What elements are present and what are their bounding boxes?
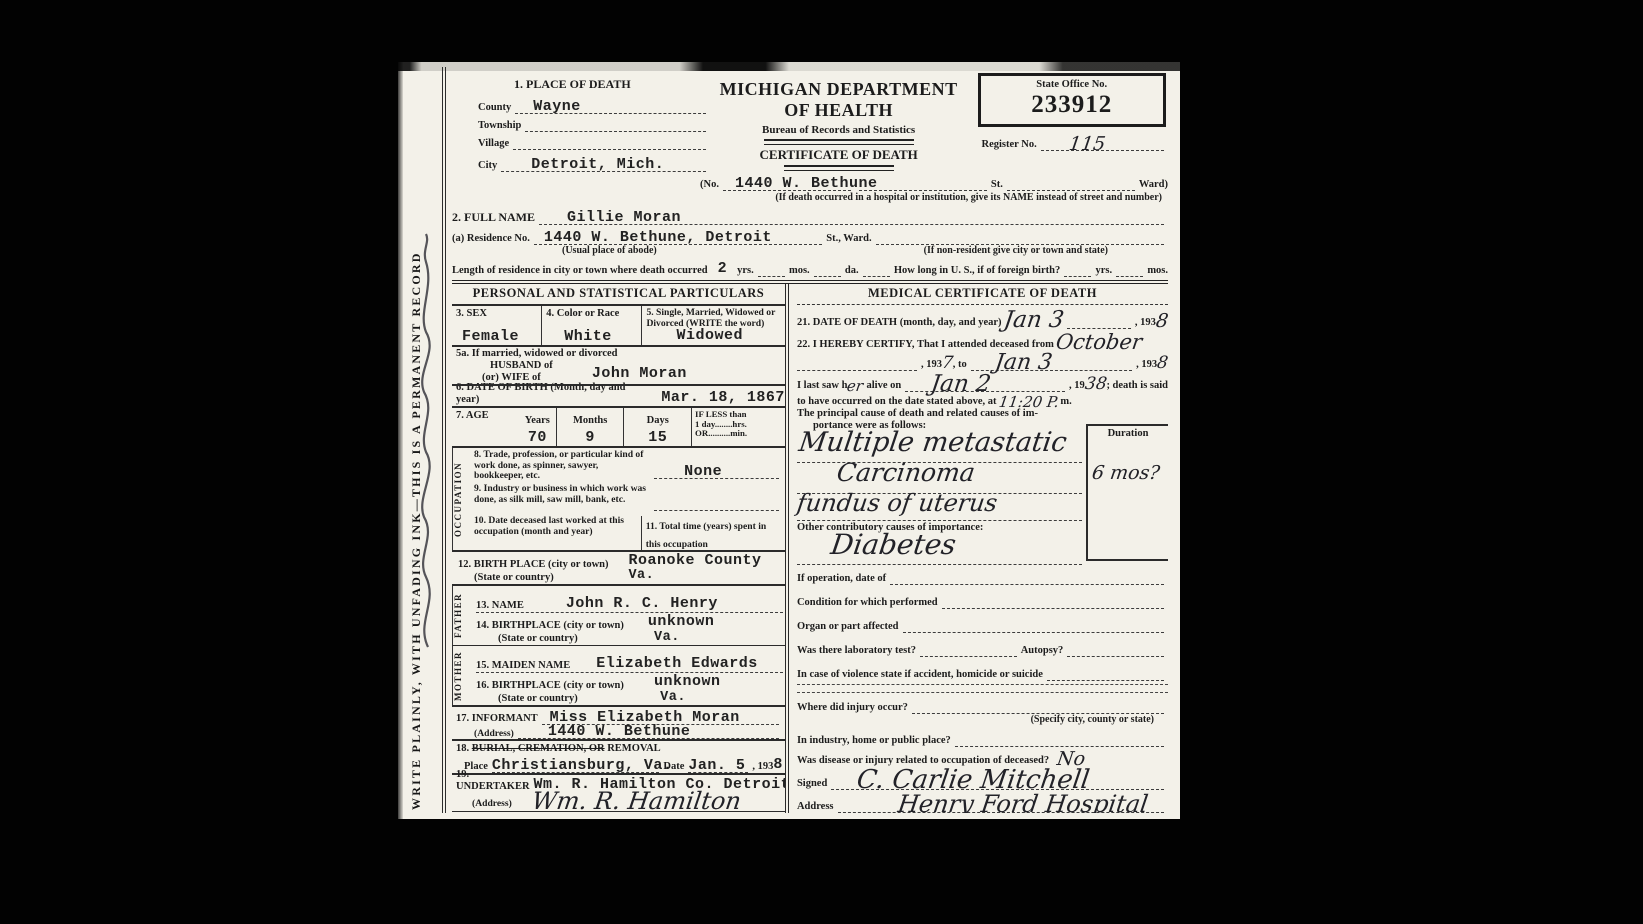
mother-name-row: 15. MAIDEN NAME Elizabeth Edwards xyxy=(476,648,783,673)
address-handwritten: Henry Ford Hospital xyxy=(896,795,1149,813)
trade-row: 8. Trade, profession, or particular kind… xyxy=(474,450,783,484)
operation-label: If operation, date of xyxy=(797,573,886,585)
certify-fill-1 xyxy=(797,355,917,371)
age-months-label: Months xyxy=(573,415,607,426)
burial-date-fill: Jan. 5 xyxy=(688,757,748,773)
city-label: City xyxy=(478,160,497,172)
lastsaw-hw2: Jan 2 xyxy=(930,375,992,393)
burial-date-value: Jan. 5 xyxy=(688,757,745,774)
place-of-death-block: 1. PLACE OF DEATH County Wayne Township … xyxy=(452,69,710,173)
county-label: County xyxy=(478,102,511,114)
village-line: Village xyxy=(478,132,710,150)
industry-home-row: In industry, home or public place? xyxy=(797,725,1168,747)
length-value: 2 xyxy=(718,260,728,277)
certificate-title: CERTIFICATE OF DEATH xyxy=(710,147,968,163)
duration-box: Duration 6 mos? xyxy=(1086,424,1168,561)
occ-related-row: Was disease or injury related to occupat… xyxy=(797,747,1168,767)
state-office-box: State Office No. 233912 xyxy=(978,73,1166,127)
register-label: Register No. xyxy=(982,139,1037,151)
violence-row: In case of violence state if accident, h… xyxy=(797,657,1168,681)
address-label: Address xyxy=(797,801,834,813)
lastsaw-hw3: 38 xyxy=(1084,378,1108,392)
village-fill xyxy=(513,134,706,150)
register-number-handwritten: 115 xyxy=(1068,137,1106,152)
total-time-label: 11. Total time (years) spent in this occ… xyxy=(646,521,766,550)
occurred-hw: 11:20 P. xyxy=(998,396,1060,408)
length-line: Length of residence in city or town wher… xyxy=(452,258,1168,284)
county-fill: Wayne xyxy=(515,98,705,114)
lastworked-row: 10. Date deceased last worked at this oc… xyxy=(474,516,783,550)
certify-fill-2: Jan 3 xyxy=(971,355,1132,371)
mother-name-label: 15. MAIDEN NAME xyxy=(476,660,570,672)
residence-label: (a) Residence No. xyxy=(452,233,530,245)
abode-note: (Usual place of abode) xyxy=(562,245,657,258)
organ-fill xyxy=(903,617,1164,633)
labtest-label: Was there laboratory test? xyxy=(797,645,916,657)
dod-value-handwritten: Jan 3 xyxy=(1002,311,1064,329)
mother-bp-row: 16. BIRTHPLACE (city or town) unknown (S… xyxy=(476,673,783,705)
mother-bp-label: 16. BIRTHPLACE (city or town) xyxy=(476,680,624,691)
dod-label: 21. DATE OF DEATH (month, day, and year) xyxy=(797,317,1002,329)
full-name-label: 2. FULL NAME xyxy=(452,210,535,225)
autopsy-label: Autopsy? xyxy=(1021,645,1064,657)
street-st-label: St. xyxy=(991,179,1003,191)
industry-fill xyxy=(654,484,779,511)
certify-row: 22. I HEREBY CERTIFY, That I attended de… xyxy=(797,329,1168,351)
certify-from-handwritten: October xyxy=(1055,334,1143,351)
street-fill-3 xyxy=(1007,175,1135,191)
burial-number: 18. xyxy=(456,743,469,754)
cause-3-handwritten: fundus of uterus xyxy=(796,494,999,513)
len-fill1 xyxy=(758,261,785,277)
department-title: MICHIGAN DEPARTMENT OF HEALTH xyxy=(710,79,968,121)
lastsaw-row: I last saw h er alive on Jan 2 , 19 38 ;… xyxy=(797,371,1168,392)
left-margin: WRITE PLAINLY, WITH UNFADING INK—THIS IS… xyxy=(400,62,442,819)
yrs-label: yrs. xyxy=(737,265,754,277)
certify-y2-handwritten: 8 xyxy=(1156,357,1168,371)
mother-bp-state: Va. xyxy=(660,690,686,705)
street-ward-label: Ward) xyxy=(1139,179,1168,191)
autopsy-fill xyxy=(1067,641,1164,657)
age-years-value: 70 xyxy=(528,429,547,446)
marital-value: Widowed xyxy=(676,327,743,344)
father-group: FATHER 13. NAME John R. C. Henry 14. BIR… xyxy=(452,586,785,646)
filed-row: 20. FILED JAN 5 1938 Registrar. xyxy=(452,812,785,813)
industry-row: 9. Industry or business in which work wa… xyxy=(474,484,783,516)
street-no-label: (No. xyxy=(700,179,719,191)
lastsaw-hw1: er xyxy=(847,380,865,392)
da-label: da. xyxy=(845,265,859,277)
burial-year-digit: 8 xyxy=(773,756,783,773)
race-value: White xyxy=(564,328,639,345)
trade-value: None xyxy=(684,463,722,480)
organ-row: Organ or part affected xyxy=(797,609,1168,633)
header: 1. PLACE OF DEATH County Wayne Township … xyxy=(452,69,1168,173)
state-office-label: State Office No. xyxy=(987,79,1157,91)
operation-fill xyxy=(890,569,1164,585)
mother-name-value: Elizabeth Edwards xyxy=(596,655,758,672)
age-days-label: Days xyxy=(647,415,669,426)
mother-bp-sub: (State or country) xyxy=(498,693,783,705)
mos-label: mos. xyxy=(789,265,810,277)
address-row: Address Henry Ford Hospital xyxy=(797,790,1168,813)
informant-addr-fill: 1440 W. Bethune xyxy=(518,723,779,739)
township-line: Township xyxy=(478,114,710,132)
undertaker-signature: Wm. R. Hamilton xyxy=(531,792,743,811)
street-fill: 1440 W. Bethune xyxy=(723,175,851,191)
scanned-death-certificate: WRITE PLAINLY, WITH UNFADING INK—THIS IS… xyxy=(0,0,1643,924)
birthplace-row: 12. BIRTH PLACE (city or town) Roanoke C… xyxy=(452,552,785,586)
township-fill xyxy=(525,116,705,132)
city-fill: Detroit, Mich. xyxy=(501,156,706,172)
street-note: (If death occurred in a hospital or inst… xyxy=(452,191,1168,205)
spouse-row: 5a. If married, widowed or divorced HUSB… xyxy=(452,347,785,386)
burial-struck-label: BURIAL, CREMATION, OR xyxy=(472,743,605,754)
age-days-value: 15 xyxy=(648,429,667,446)
age-months-value: 9 xyxy=(585,429,595,446)
informant-row: 17. INFORMANT Miss Elizabeth Moran (Addr… xyxy=(452,707,785,741)
certify-to-handwritten: Jan 3 xyxy=(994,354,1054,372)
burial-year-prefix: , 193 xyxy=(752,761,773,773)
labtest-fill xyxy=(920,641,1017,657)
signed-fill: C. Carlie Mitchell xyxy=(831,774,1164,790)
marital-cell: 5. Single, Married, Widowed or Divorced … xyxy=(641,306,784,345)
father-bp-label: 14. BIRTHPLACE (city or town) xyxy=(476,620,624,631)
state-office-number: 233912 xyxy=(987,91,1157,119)
dod-row: 21. DATE OF DEATH (month, day, and year)… xyxy=(797,305,1168,329)
violence-label: In case of violence state if accident, h… xyxy=(797,669,1043,681)
us-label: How long in U. S., if of foreign birth? xyxy=(894,265,1060,277)
condition-label: Condition for which performed xyxy=(797,597,938,609)
occurred-p1: to have occurred on the date stated abov… xyxy=(797,396,997,408)
trade-fill: None xyxy=(654,450,779,479)
undertaker-row: 19. UNDERTAKER Wm. R. Hamilton Co. Detro… xyxy=(452,775,785,812)
mother-group: MOTHER 15. MAIDEN NAME Elizabeth Edwards… xyxy=(452,646,785,707)
office-number-block: State Office No. 233912 Register No. 115 xyxy=(968,69,1168,173)
address-fill: Henry Ford Hospital xyxy=(838,797,1164,813)
dod-fill xyxy=(1067,313,1131,329)
condition-row: Condition for which performed xyxy=(797,585,1168,609)
mother-side-label: MOTHER xyxy=(452,646,468,705)
dod-year-prefix: , 193 xyxy=(1135,317,1156,329)
industry-home-label: In industry, home or public place? xyxy=(797,735,951,747)
signed-signature-handwritten: C. Carlie Mitchell xyxy=(856,770,1091,791)
signed-row: Signed C. Carlie Mitchell xyxy=(797,767,1168,790)
personal-title: PERSONAL AND STATISTICAL PARTICULARS xyxy=(452,284,785,306)
age-label: 7. AGE xyxy=(456,410,489,446)
age-less-cell: IF LESS than 1 day........hrs. OR.......… xyxy=(691,408,785,446)
sex-value: Female xyxy=(462,328,539,345)
occupation-group: OCCUPATION 8. Trade, profession, or part… xyxy=(452,448,785,552)
register-line: Register No. 115 xyxy=(968,131,1168,151)
residence-fill-2 xyxy=(876,229,1164,245)
full-name-fill: Gillie Moran xyxy=(539,209,1164,225)
dob-row: 6. DATE OF BIRTH (Month, day and year) M… xyxy=(452,386,785,408)
father-name-row: 13. NAME John R. C. Henry xyxy=(476,588,783,613)
father-bp-state: Va. xyxy=(654,630,680,645)
street-line: (No. 1440 W. Bethune St. Ward) xyxy=(452,173,1168,191)
ornamental-rule xyxy=(764,139,914,145)
len-fill5 xyxy=(1116,261,1143,277)
street-value: 1440 W. Bethune xyxy=(735,175,878,192)
father-content: 13. NAME John R. C. Henry 14. BIRTHPLACE… xyxy=(468,586,785,645)
cause-1-handwritten: Multiple metastatic xyxy=(797,432,1068,454)
age-days-cell: Days 15 xyxy=(623,408,691,446)
certificate-paper: WRITE PLAINLY, WITH UNFADING INK—THIS IS… xyxy=(398,62,1180,819)
len-fill2 xyxy=(814,261,841,277)
father-side-label: FATHER xyxy=(452,586,468,645)
street-fill-2 xyxy=(859,175,987,191)
cause-2-handwritten: Carcinoma xyxy=(836,463,977,483)
violence-fill xyxy=(1047,665,1164,681)
residence-value: 1440 W. Bethune, Detroit xyxy=(544,229,772,246)
full-name-line: 2. FULL NAME Gillie Moran xyxy=(452,205,1168,225)
father-name-label: 13. NAME xyxy=(476,600,524,612)
place-of-death-label: 1. PLACE OF DEATH xyxy=(478,69,710,92)
informant-addr-label: (Address) xyxy=(474,729,514,740)
signed-label: Signed xyxy=(797,778,827,790)
sex-race-marital-row: 3. SEX Female 4. Color or Race White 5. … xyxy=(452,306,785,347)
age-years-cell: Years 70 xyxy=(525,410,556,446)
father-bp-city: unknown xyxy=(648,613,715,630)
lastsaw-p3: , 19 xyxy=(1069,380,1085,392)
birthplace-label: 12. BIRTH PLACE (city or town) xyxy=(458,559,609,570)
burial-rest-label: REMOVAL xyxy=(607,743,660,754)
spouse-value: John Moran xyxy=(592,365,687,382)
total-time-cell: 11. Total time (years) spent in this occ… xyxy=(641,516,783,550)
injury-label: Where did injury occur? xyxy=(797,702,908,714)
length-label: Length of residence in city or town wher… xyxy=(452,265,708,277)
section-divider xyxy=(797,684,1168,693)
age-months-cell: Months 9 xyxy=(556,408,624,446)
industry-label: 9. Industry or business in which work wa… xyxy=(474,484,650,505)
age-years-label: Years xyxy=(525,415,550,426)
residence-st-ward-label: St., Ward. xyxy=(826,233,871,245)
occupation-content: 8. Trade, profession, or particular kind… xyxy=(468,448,785,550)
race-label: 4. Color or Race xyxy=(546,308,639,320)
duration-label: Duration xyxy=(1088,426,1168,440)
contributory-handwritten: Diabetes xyxy=(829,534,957,556)
organ-label: Organ or part affected xyxy=(797,621,899,633)
spouse-label: 5a. If married, widowed or divorced xyxy=(456,348,785,360)
father-name-value: John R. C. Henry xyxy=(566,595,718,612)
mother-content: 15. MAIDEN NAME Elizabeth Edwards 16. BI… xyxy=(468,646,785,705)
age-row: 7. AGE Years 70 Months 9 Days 15 xyxy=(452,408,785,448)
certify-row-2: , 193 7 , to Jan 3 , 193 8 xyxy=(797,351,1168,371)
lastsaw-p4: ; death is said xyxy=(1106,380,1168,392)
causes-region: The principal cause of death and related… xyxy=(797,408,1168,561)
contributory-line: Diabetes xyxy=(797,534,1082,565)
township-label: Township xyxy=(478,120,521,132)
injury-fill xyxy=(912,698,1164,714)
industry-home-fill xyxy=(955,731,1164,747)
us-mos-label: mos. xyxy=(1147,265,1168,277)
mother-bp-city: unknown xyxy=(654,673,721,690)
city-line: City Detroit, Mich. xyxy=(478,150,710,172)
father-bp-sub: (State or country) xyxy=(498,633,783,645)
village-label: Village xyxy=(478,138,509,150)
certify-to-label: , to xyxy=(953,359,967,371)
labtest-row: Was there laboratory test? Autopsy? xyxy=(797,633,1168,657)
title-block: MICHIGAN DEPARTMENT OF HEALTH Bureau of … xyxy=(710,69,968,173)
city-value: Detroit, Mich. xyxy=(531,156,664,173)
residence-fill: 1440 W. Bethune, Detroit xyxy=(534,229,822,245)
len-fill3 xyxy=(863,261,890,277)
dod-year-handwritten: 8 xyxy=(1155,314,1168,329)
cause-line-3: fundus of uterus xyxy=(797,494,1082,521)
race-cell: 4. Color or Race White xyxy=(541,306,641,345)
occupation-side-label: OCCUPATION xyxy=(452,448,468,550)
trade-label: 8. Trade, profession, or particular kind… xyxy=(474,450,650,482)
certify-y1-prefix: , 193 xyxy=(921,359,942,371)
county-value: Wayne xyxy=(533,98,581,115)
birthplace-city: Roanoke County xyxy=(628,552,761,569)
father-bp-row: 14. BIRTHPLACE (city or town) unknown (S… xyxy=(476,613,783,645)
burial-date-label: Date xyxy=(663,761,684,773)
injury-row: Where did injury occur? (Specify city, c… xyxy=(797,696,1168,725)
last-worked-label: 10. Date deceased last worked at this oc… xyxy=(474,516,641,550)
condition-fill xyxy=(942,593,1164,609)
nonresident-note: (If non-resident give city or town and s… xyxy=(924,245,1108,258)
columns: PERSONAL AND STATISTICAL PARTICULARS 3. … xyxy=(452,284,1168,813)
personal-column: PERSONAL AND STATISTICAL PARTICULARS 3. … xyxy=(452,284,789,813)
dob-value: Mar. 18, 1867 xyxy=(661,389,785,406)
birthplace-state: Va. xyxy=(628,568,654,583)
age-cell: 7. AGE Years 70 xyxy=(452,408,556,446)
marital-label: 5. Single, Married, Widowed or Divorced … xyxy=(646,308,782,329)
duration-value-handwritten: 6 mos? xyxy=(1091,466,1161,481)
ornamental-rule-2 xyxy=(784,165,894,171)
certificate-form: 1. PLACE OF DEATH County Wayne Township … xyxy=(442,67,1168,813)
county-line: County Wayne xyxy=(478,92,710,114)
undertaker-label: 19. UNDERTAKER xyxy=(456,769,530,793)
age-less-3: OR..........min. xyxy=(695,429,785,439)
medical-column: MEDICAL CERTIFICATE OF DEATH 21. DATE OF… xyxy=(789,284,1168,813)
certify-y1-handwritten: 7 xyxy=(941,357,954,371)
register-fill: 115 xyxy=(1041,135,1164,151)
certify-y2-prefix: , 193 xyxy=(1136,359,1157,371)
occurred-p2: m. xyxy=(1060,396,1071,408)
bureau-subtitle: Bureau of Records and Statistics xyxy=(710,124,968,137)
residence-notes: (Usual place of abode) (If non-resident … xyxy=(452,245,1168,258)
principal-label-1: The principal cause of death and related… xyxy=(797,408,1082,420)
lastsaw-p1: I last saw h xyxy=(797,380,847,392)
lastsaw-p2: alive on xyxy=(866,380,901,392)
informant-addr-value: 1440 W. Bethune xyxy=(548,723,691,740)
undertaker-addr-label: (Address) xyxy=(472,798,512,809)
full-name-value: Gillie Moran xyxy=(567,209,681,226)
sex-label: 3. SEX xyxy=(456,308,539,320)
sex-cell: 3. SEX Female xyxy=(452,306,541,345)
len-fill4 xyxy=(1064,261,1091,277)
residence-line: (a) Residence No. 1440 W. Bethune, Detro… xyxy=(452,225,1168,245)
lastsaw-fill: Jan 2 xyxy=(905,376,1065,392)
us-yrs-label: yrs. xyxy=(1095,265,1112,277)
medical-title: MEDICAL CERTIFICATE OF DEATH xyxy=(797,284,1168,305)
margin-handwriting-scribble xyxy=(414,232,440,652)
injury-note: (Specify city, county or state) xyxy=(797,714,1154,725)
